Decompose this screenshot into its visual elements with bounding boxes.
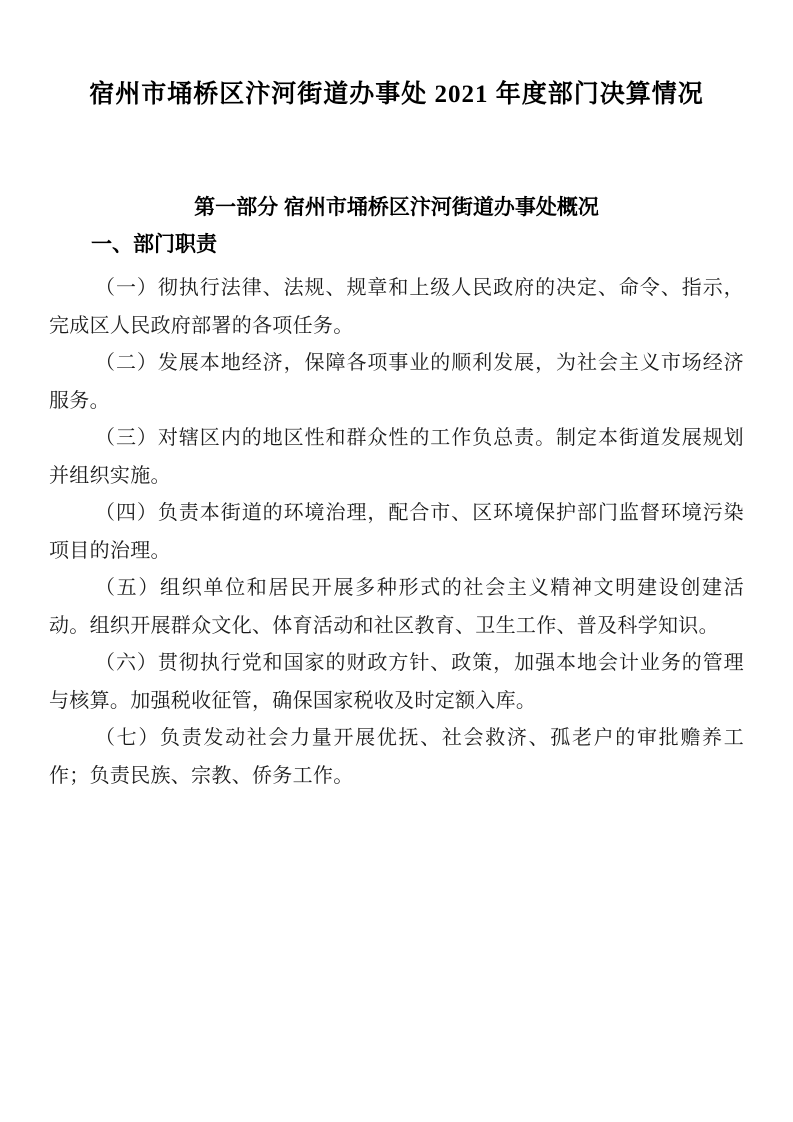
page-title: 宿州市埇桥区汴河街道办事处 2021 年度部门决算情况 <box>49 76 744 114</box>
document-page: 宿州市埇桥区汴河街道办事处 2021 年度部门决算情况 第一部分 宿州市埇桥区汴… <box>0 0 793 1122</box>
duty-paragraph-7: （七）负责发动社会力量开展优抚、社会救济、孤老户的审批赡养工作；负责民族、宗教、… <box>49 720 744 795</box>
duty-paragraph-6: （六）贯彻执行党和国家的财政方针、政策，加强本地会计业务的管理与核算。加强税收征… <box>49 645 744 720</box>
part1-heading: 第一部分 宿州市埇桥区汴河街道办事处概况 <box>49 193 744 223</box>
duty-paragraph-5: （五）组织单位和居民开展多种形式的社会主义精神文明建设创建活动。组织开展群众文化… <box>49 570 744 645</box>
duty-paragraph-2: （二）发展本地经济，保障各项事业的顺利发展，为社会主义市场经济服务。 <box>49 345 744 420</box>
duty-paragraph-3: （三）对辖区内的地区性和群众性的工作负总责。制定本街道发展规划并组织实施。 <box>49 420 744 495</box>
duty-paragraph-1: （一）彻执行法律、法规、规章和上级人民政府的决定、命令、指示，完成区人民政府部署… <box>49 270 744 345</box>
section-heading-duties: 一、部门职责 <box>49 230 744 260</box>
duty-paragraph-4: （四）负责本街道的环境治理，配合市、区环境保护部门监督环境污染项目的治理。 <box>49 495 744 570</box>
